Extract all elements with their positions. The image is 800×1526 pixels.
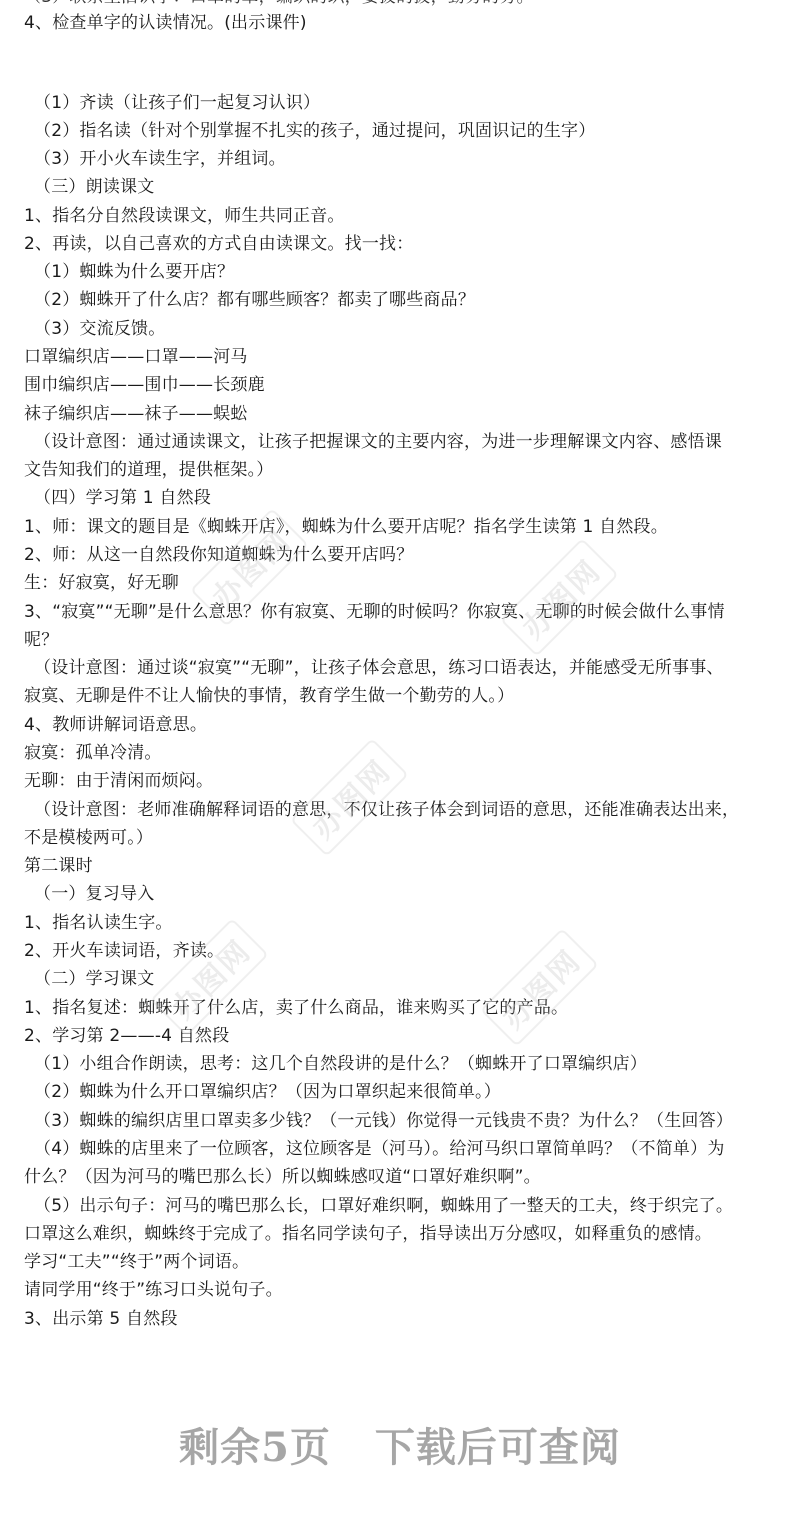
text-line: （设计意图：通过通读课文，让孩子把握课文的主要内容，为进一步理解课文内容、感悟课 [34,431,780,453]
download-to-view-label: 下载后可查阅 [375,1424,621,1471]
text-line: 无聊：由于清闲而烦闷。 [24,770,780,792]
text-line: 呢？ [24,629,780,651]
text-line: 什么？（因为河马的嘴巴那么长）所以蜘蛛感叹道“口罩好难织啊”。 [24,1166,780,1188]
text-line: 学习“工夫”“终于”两个词语。 [24,1251,780,1273]
cut-off-line: （3）联系生活识字：口罩的罩，编织的织，要拨的拨，勤劳的劳。 [24,0,780,8]
text-line: （2）蜘蛛为什么开口罩编织店？（因为口罩织起来很简单。） [34,1081,780,1103]
text-line: 1、指名分自然段读课文，师生共同正音。 [24,205,780,227]
text-line: （1）齐读（让孩子们一起复习认识） [34,92,780,114]
text-line: （2）蜘蛛开了什么店？都有哪些顾客？都卖了哪些商品？ [34,289,780,311]
text-line: 2、开火车读词语，齐读。 [24,940,780,962]
text-line: 2、师：从这一自然段你知道蜘蛛为什么要开店吗？ [24,544,780,566]
text-line: 口罩这么难织，蜘蛛终于完成了。指名同学读句子，指导读出万分感叹，如释重负的感情。 [24,1223,780,1245]
text-line: 4、检查单字的认读情况。(出示课件) [24,12,780,34]
text-line: （5）出示句子：河马的嘴巴那么长，口罩好难织啊，蜘蛛用了一整天的工夫，终于织完了… [34,1195,780,1217]
remaining-pages-label: 剩余5页 [179,1424,331,1471]
text-line: 1、指名复述：蜘蛛开了什么店，卖了什么商品，谁来购买了它的产品。 [24,997,780,1019]
text-line: 口罩编织店——口罩——河马 [24,346,780,368]
text-line: （三）朗读课文 [34,176,780,198]
text-line: 寂寞：孤单冷清。 [24,742,780,764]
text-line: 文告知我们的道理，提供框架。） [24,459,780,481]
text-line: 不是模棱两可。） [24,827,780,849]
text-line: 1、师：课文的题目是《蜘蛛开店》，蜘蛛为什么要开店呢？指名学生读第 1 自然段。 [24,516,780,538]
download-banner[interactable]: 剩余5页下载后可查阅 [0,1422,800,1474]
text-line: 3、“寂寞”“无聊”是什么意思？你有寂寞、无聊的时候吗？你寂寞、无聊的时候会做什… [24,601,780,623]
text-line: （3）开小火车读生字，并组词。 [34,148,780,170]
text-line: 袜子编织店——袜子——蜈蚣 [24,403,780,425]
text-line: （3）蜘蛛的编织店里口罩卖多少钱？（一元钱）你觉得一元钱贵不贵？为什么？（生回答… [34,1110,780,1132]
text-line: （四）学习第 1 自然段 [34,487,780,509]
text-line: （一）复习导入 [34,883,780,905]
text-line: 2、再读，以自己喜欢的方式自由读课文。找一找： [24,233,780,255]
text-line: 生：好寂寞，好无聊 [24,572,780,594]
document-page: （3）联系生活识字：口罩的罩，编织的织，要拨的拨，勤劳的劳。 4、检查单字的认读… [0,0,800,1526]
text-line: 请同学用“终于”练习口头说句子。 [24,1279,780,1301]
text-line: （2）指名读（针对个别掌握不扎实的孩子，通过提问，巩固识记的生字） [34,120,780,142]
text-line: 4、教师讲解词语意思。 [24,714,780,736]
text-line: （二）学习课文 [34,968,780,990]
text-line: 围巾编织店——围巾——长颈鹿 [24,374,780,396]
text-line: （3）交流反馈。 [34,318,780,340]
text-line: （1）小组合作朗读，思考：这几个自然段讲的是什么？（蜘蛛开了口罩编织店） [34,1053,780,1075]
text-line: （设计意图：老师准确解释词语的意思，不仅让孩子体会到词语的意思，还能准确表达出来… [34,799,780,821]
text-line: 第二课时 [24,855,780,877]
text-line: 2、学习第 2——-4 自然段 [24,1025,780,1047]
text-line: （1）蜘蛛为什么要开店？ [34,261,780,283]
text-line: 3、出示第 5 自然段 [24,1308,780,1330]
text-line: 寂寞、无聊是件不让人愉快的事情，教育学生做一个勤劳的人。） [24,685,780,707]
text-line: （4）蜘蛛的店里来了一位顾客，这位顾客是（河马）。给河马织口罩简单吗？（不简单）… [34,1138,780,1160]
text-line: （设计意图：通过谈“寂寞”“无聊”，让孩子体会意思，练习口语表达，并能感受无所事… [34,657,780,679]
text-line: 1、指名认读生字。 [24,912,780,934]
